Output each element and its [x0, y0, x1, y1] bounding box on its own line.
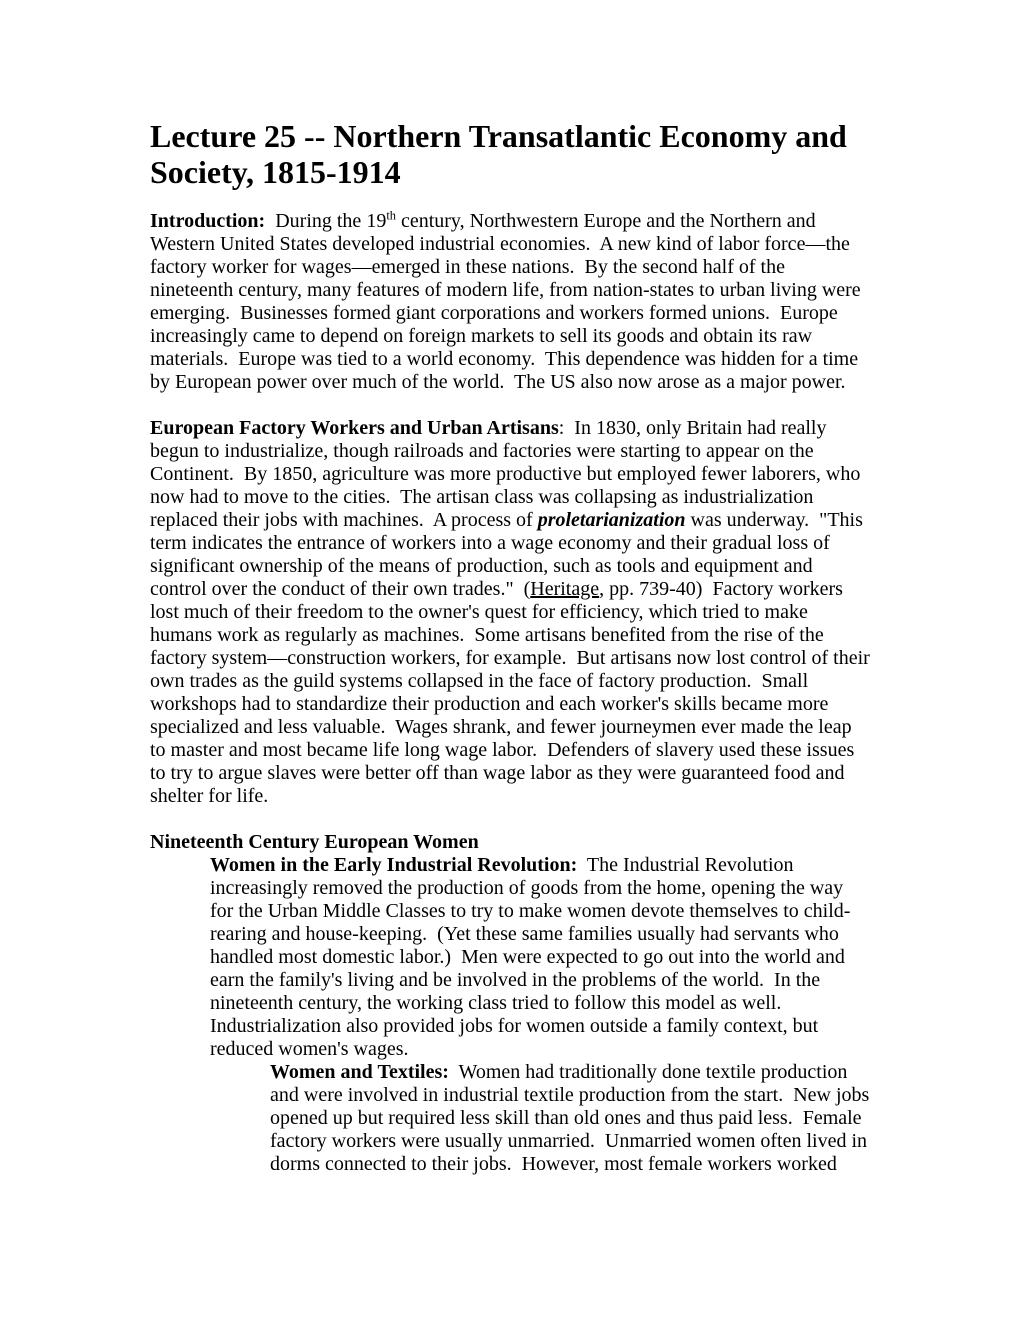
text-run: European Factory Workers and Urban Artis…	[150, 417, 559, 439]
text-run: Women in the Early Industrial Revolution…	[210, 854, 577, 876]
text-run: During the 19	[265, 210, 386, 232]
paragraph-women-and-textiles: Women and Textiles: Women had traditiona…	[270, 1061, 870, 1176]
heading-nineteenth-century-european-women: Nineteenth Century European Women	[150, 831, 870, 854]
text-run: Nineteenth Century European Women	[150, 831, 479, 853]
text-run: th	[386, 208, 396, 222]
paragraph-introduction: Introduction: During the 19th century, N…	[150, 210, 870, 394]
text-run: , pp. 739-40) Factory workers lost much …	[150, 578, 875, 807]
text-run: Heritage	[530, 578, 599, 600]
document-body: Introduction: During the 19th century, N…	[150, 210, 870, 1176]
text-run: The Industrial Revolution increasingly r…	[210, 854, 850, 1060]
text-run: Introduction:	[150, 210, 265, 232]
paragraph-women-early-industrial-revolution: Women in the Early Industrial Revolution…	[210, 854, 870, 1061]
text-run: century, Northwestern Europe and the Nor…	[150, 210, 866, 393]
page-title: Lecture 25 -- Northern Transatlantic Eco…	[150, 118, 870, 190]
paragraph-european-factory-workers: European Factory Workers and Urban Artis…	[150, 417, 870, 808]
text-run: proletarianization	[538, 509, 686, 531]
text-run: Women and Textiles:	[270, 1061, 449, 1083]
document-page: Lecture 25 -- Northern Transatlantic Eco…	[0, 0, 1020, 1320]
